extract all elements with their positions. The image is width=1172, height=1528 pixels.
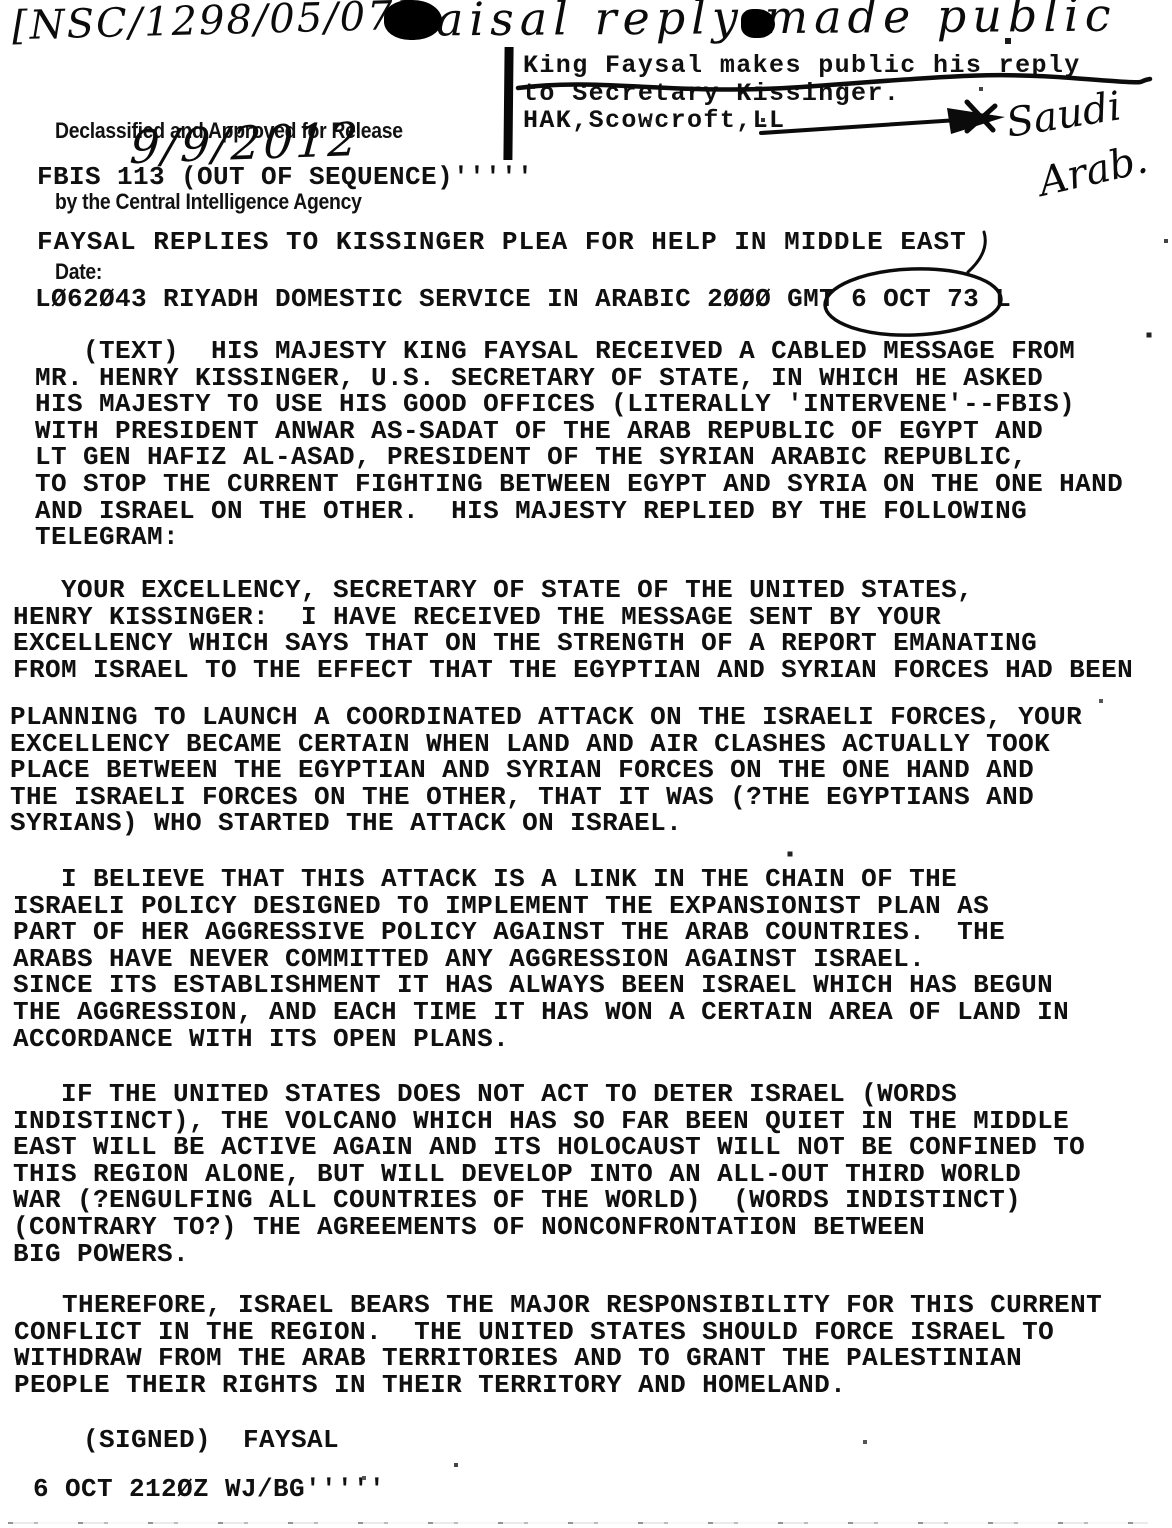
scan-specks — [0, 0, 2, 2]
nsc-reference-annotation: [NSC/1298/05/07] — [11, 0, 412, 49]
document-page: [NSC/1298/05/07] aisal reply made public… — [0, 0, 1172, 1528]
stamp-line-2: by the Central Intelligence Agency — [55, 190, 403, 214]
ink-blot-icon — [384, 0, 442, 40]
paragraph-2: YOUR EXCELLENCY, SECRETARY OF STATE OF T… — [13, 577, 1133, 683]
ink-blot-icon — [741, 9, 775, 38]
stamp-date-label: Date: — [55, 260, 403, 284]
headline-scrawl-annotation: aisal reply made public — [436, 0, 1117, 46]
paragraph-4: I BELIEVE THAT THIS ATTACK IS A LINK IN … — [13, 866, 1069, 1052]
paragraph-6: THEREFORE, ISRAEL BEARS THE MAJOR RESPON… — [14, 1292, 1102, 1398]
signature-line: (SIGNED) FAYSAL — [35, 1427, 339, 1454]
serial-line: FBIS 113 (OUT OF SEQUENCE)''''' — [37, 164, 533, 191]
paragraph-1: (TEXT) HIS MAJESTY KING FAYSAL RECEIVED … — [35, 338, 1123, 551]
headline: FAYSAL REPLIES TO KISSINGER PLEA FOR HEL… — [37, 229, 967, 256]
routing-note-line-3: HAK,Scowcroft,LL — [523, 106, 785, 135]
hand-arrow-icon — [755, 100, 1015, 150]
scanner-artifact-line — [8, 1522, 1148, 1524]
paragraph-5: IF THE UNITED STATES DOES NOT ACT TO DET… — [13, 1081, 1085, 1267]
paragraph-3: PLANNING TO LAUNCH A COORDINATED ATTACK … — [10, 704, 1082, 837]
margin-note-line-2: Arab. — [1034, 136, 1152, 206]
footer-timestamp-line: 6 OCT 212ØZ WJ/BG''''' — [33, 1476, 385, 1503]
